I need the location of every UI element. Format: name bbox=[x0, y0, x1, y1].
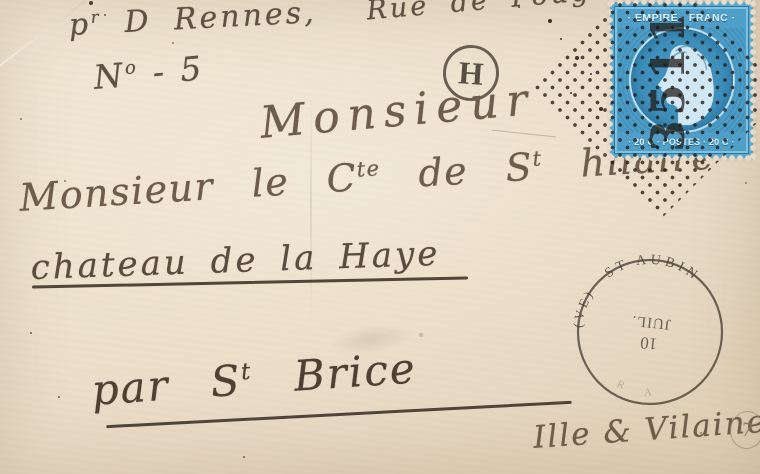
crossed-routing-line: par St Brice bbox=[90, 343, 418, 415]
datestamp-ring bbox=[578, 260, 722, 404]
datestamp-day: 10 bbox=[639, 333, 658, 354]
house-number-annotation: No - 5 bbox=[92, 48, 206, 97]
forwarding-pre: p bbox=[68, 7, 92, 43]
cancel-number: 3511 bbox=[598, 10, 738, 150]
routing-part1: par S bbox=[90, 356, 243, 415]
svg-text:ST AUBIN: ST AUBIN bbox=[602, 253, 703, 285]
paper-speckles bbox=[0, 0, 2, 2]
envelope-scan: pr D Rennes, Rue de Fougères No - 5 H Mo… bbox=[0, 0, 760, 474]
pencil-stroke bbox=[492, 130, 556, 138]
addressee-sup1: te bbox=[356, 156, 381, 181]
routing-part2: Brice bbox=[251, 343, 418, 403]
svg-text:R A: R A bbox=[615, 378, 662, 399]
salutation-line: Monsieur bbox=[258, 74, 537, 149]
addressee-part2: de S bbox=[380, 145, 535, 198]
number-pre: N bbox=[92, 55, 127, 97]
number-rest: - 5 bbox=[138, 48, 206, 93]
forwarding-rest: D Rennes, bbox=[101, 0, 317, 41]
datestamp-ring-bottom-text: R A bbox=[615, 378, 662, 399]
datestamp-month: JUIL. bbox=[631, 312, 672, 332]
svg-text:(VE): (VE) bbox=[570, 286, 597, 328]
date-postmark: (VE) ST AUBIN R A 10 JUIL. bbox=[570, 252, 730, 412]
forwarding-annotation: pr D Rennes, Rue de Fougères bbox=[68, 0, 664, 43]
pencil-number-text: 7 bbox=[740, 419, 754, 441]
datestamp-ring-left-text: (VE) bbox=[570, 286, 597, 328]
addressee-part1: Monsieur le C bbox=[18, 155, 358, 220]
datestamp-ring-top-text: ST AUBIN bbox=[602, 253, 703, 285]
